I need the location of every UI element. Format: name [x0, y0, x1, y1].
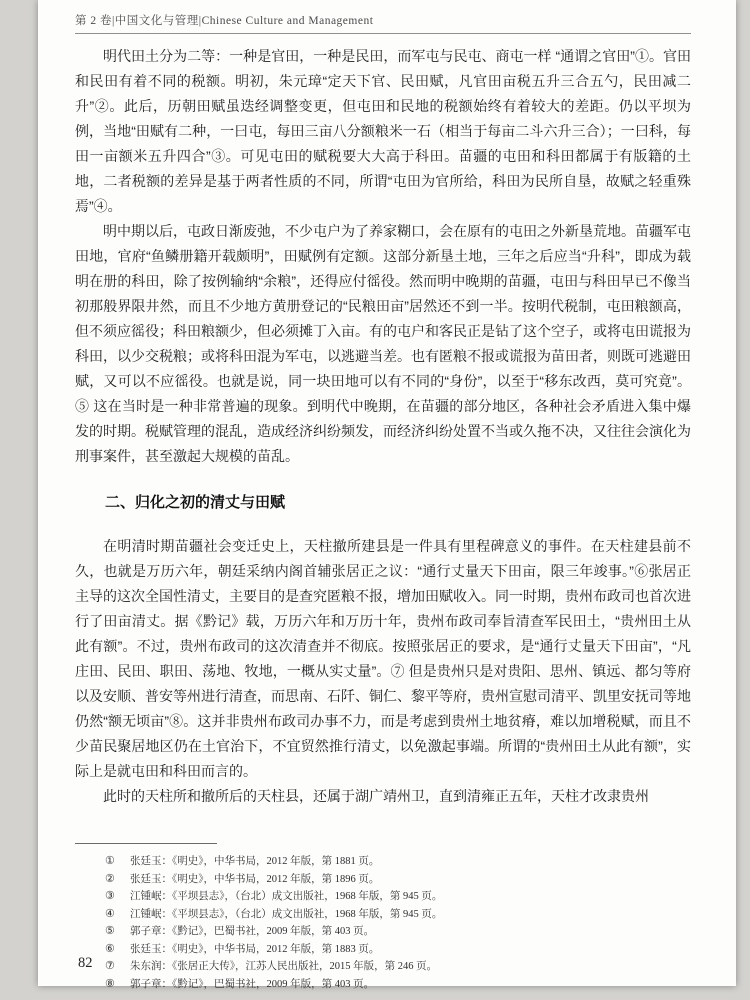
- running-header-text: 第 2 卷|中国文化与管理|Chinese Culture and Manage…: [75, 15, 373, 27]
- footnote-marker: ⑧: [105, 976, 130, 993]
- footnote-text: 郭子章：《黔记》，巴蜀书社，2009 年版，第 403 页。: [130, 979, 374, 990]
- footnote-marker: ③: [105, 888, 130, 905]
- footnote-item: ⑤郭子章：《黔记》，巴蜀书社，2009 年版，第 403 页。: [105, 923, 691, 941]
- page-number: 82: [78, 955, 93, 972]
- footnote-marker: ④: [105, 906, 130, 923]
- book-page: 第 2 卷|中国文化与管理|Chinese Culture and Manage…: [38, 0, 736, 986]
- footnote-item: ③江锺岷：《平坝县志》，（台北）成文出版社，1968 年版，第 945 页。: [105, 888, 691, 906]
- footnote-text: 江锺岷：《平坝县志》，（台北）成文出版社，1968 年版，第 945 页。: [130, 909, 442, 920]
- paragraph-ming-field-taxes: 明代田土分为二等：一种是官田，一种是民田，而军屯与民屯、商屯一样 “通谓之官田”…: [75, 44, 691, 219]
- footnote-marker: ①: [105, 853, 130, 870]
- paragraph-tianzhu-jingzhou: 此时的天柱所和撤所后的天柱县，还属于湖广靖州卫，直到清雍正五年，天柱才改隶贵州: [75, 784, 691, 809]
- footnote-text: 张廷玉：《明史》，中华书局，2012 年版，第 1896 页。: [130, 874, 379, 885]
- footnote-marker: ⑥: [105, 941, 130, 958]
- paragraph-mid-ming-decline: 明中期以后，屯政日渐废弛，不少屯户为了养家糊口，会在原有的屯田之外新垦荒地。苗疆…: [75, 219, 691, 469]
- section-heading: 二、归化之初的清丈与田赋: [75, 490, 691, 515]
- footnote-marker: ②: [105, 871, 130, 888]
- footnote-item: ①张廷玉：《明史》，中华书局，2012 年版，第 1881 页。: [105, 853, 691, 871]
- running-header: 第 2 卷|中国文化与管理|Chinese Culture and Manage…: [75, 12, 691, 34]
- paragraph-tianzhu-county: 在明清时期苗疆社会变迁史上，天柱撤所建县是一件具有里程碑意义的事件。在天柱建县前…: [75, 534, 691, 784]
- footnote-item: ⑧郭子章：《黔记》，巴蜀书社，2009 年版，第 403 页。: [105, 976, 691, 994]
- footnote-text: 江锺岷：《平坝县志》，（台北）成文出版社，1968 年版，第 945 页。: [130, 891, 442, 902]
- footnote-marker: ⑤: [105, 923, 130, 940]
- footnote-item: ⑥张廷玉：《明史》，中华书局，2012 年版，第 1883 页。: [105, 941, 691, 959]
- footnote-text: 郭子章：《黔记》，巴蜀书社，2009 年版，第 403 页。: [130, 926, 374, 937]
- footnote-list: ①张廷玉：《明史》，中华书局，2012 年版，第 1881 页。 ②张廷玉：《明…: [75, 853, 691, 993]
- footnote-item: ④江锺岷：《平坝县志》，（台北）成文出版社，1968 年版，第 945 页。: [105, 906, 691, 924]
- body-text: 明代田土分为二等：一种是官田，一种是民田，而军屯与民屯、商屯一样 “通谓之官田”…: [75, 44, 691, 809]
- footnote-separator: [75, 843, 217, 844]
- footnote-text: 朱东润：《张居正大传》，江苏人民出版社，2015 年版，第 246 页。: [130, 961, 437, 972]
- footnote-text: 张廷玉：《明史》，中华书局，2012 年版，第 1881 页。: [130, 856, 379, 867]
- footnote-marker: ⑦: [105, 958, 130, 975]
- footnote-text: 张廷玉：《明史》，中华书局，2012 年版，第 1883 页。: [130, 944, 379, 955]
- footnote-item: ⑦朱东润：《张居正大传》，江苏人民出版社，2015 年版，第 246 页。: [105, 958, 691, 976]
- footnote-item: ②张廷玉：《明史》，中华书局，2012 年版，第 1896 页。: [105, 871, 691, 889]
